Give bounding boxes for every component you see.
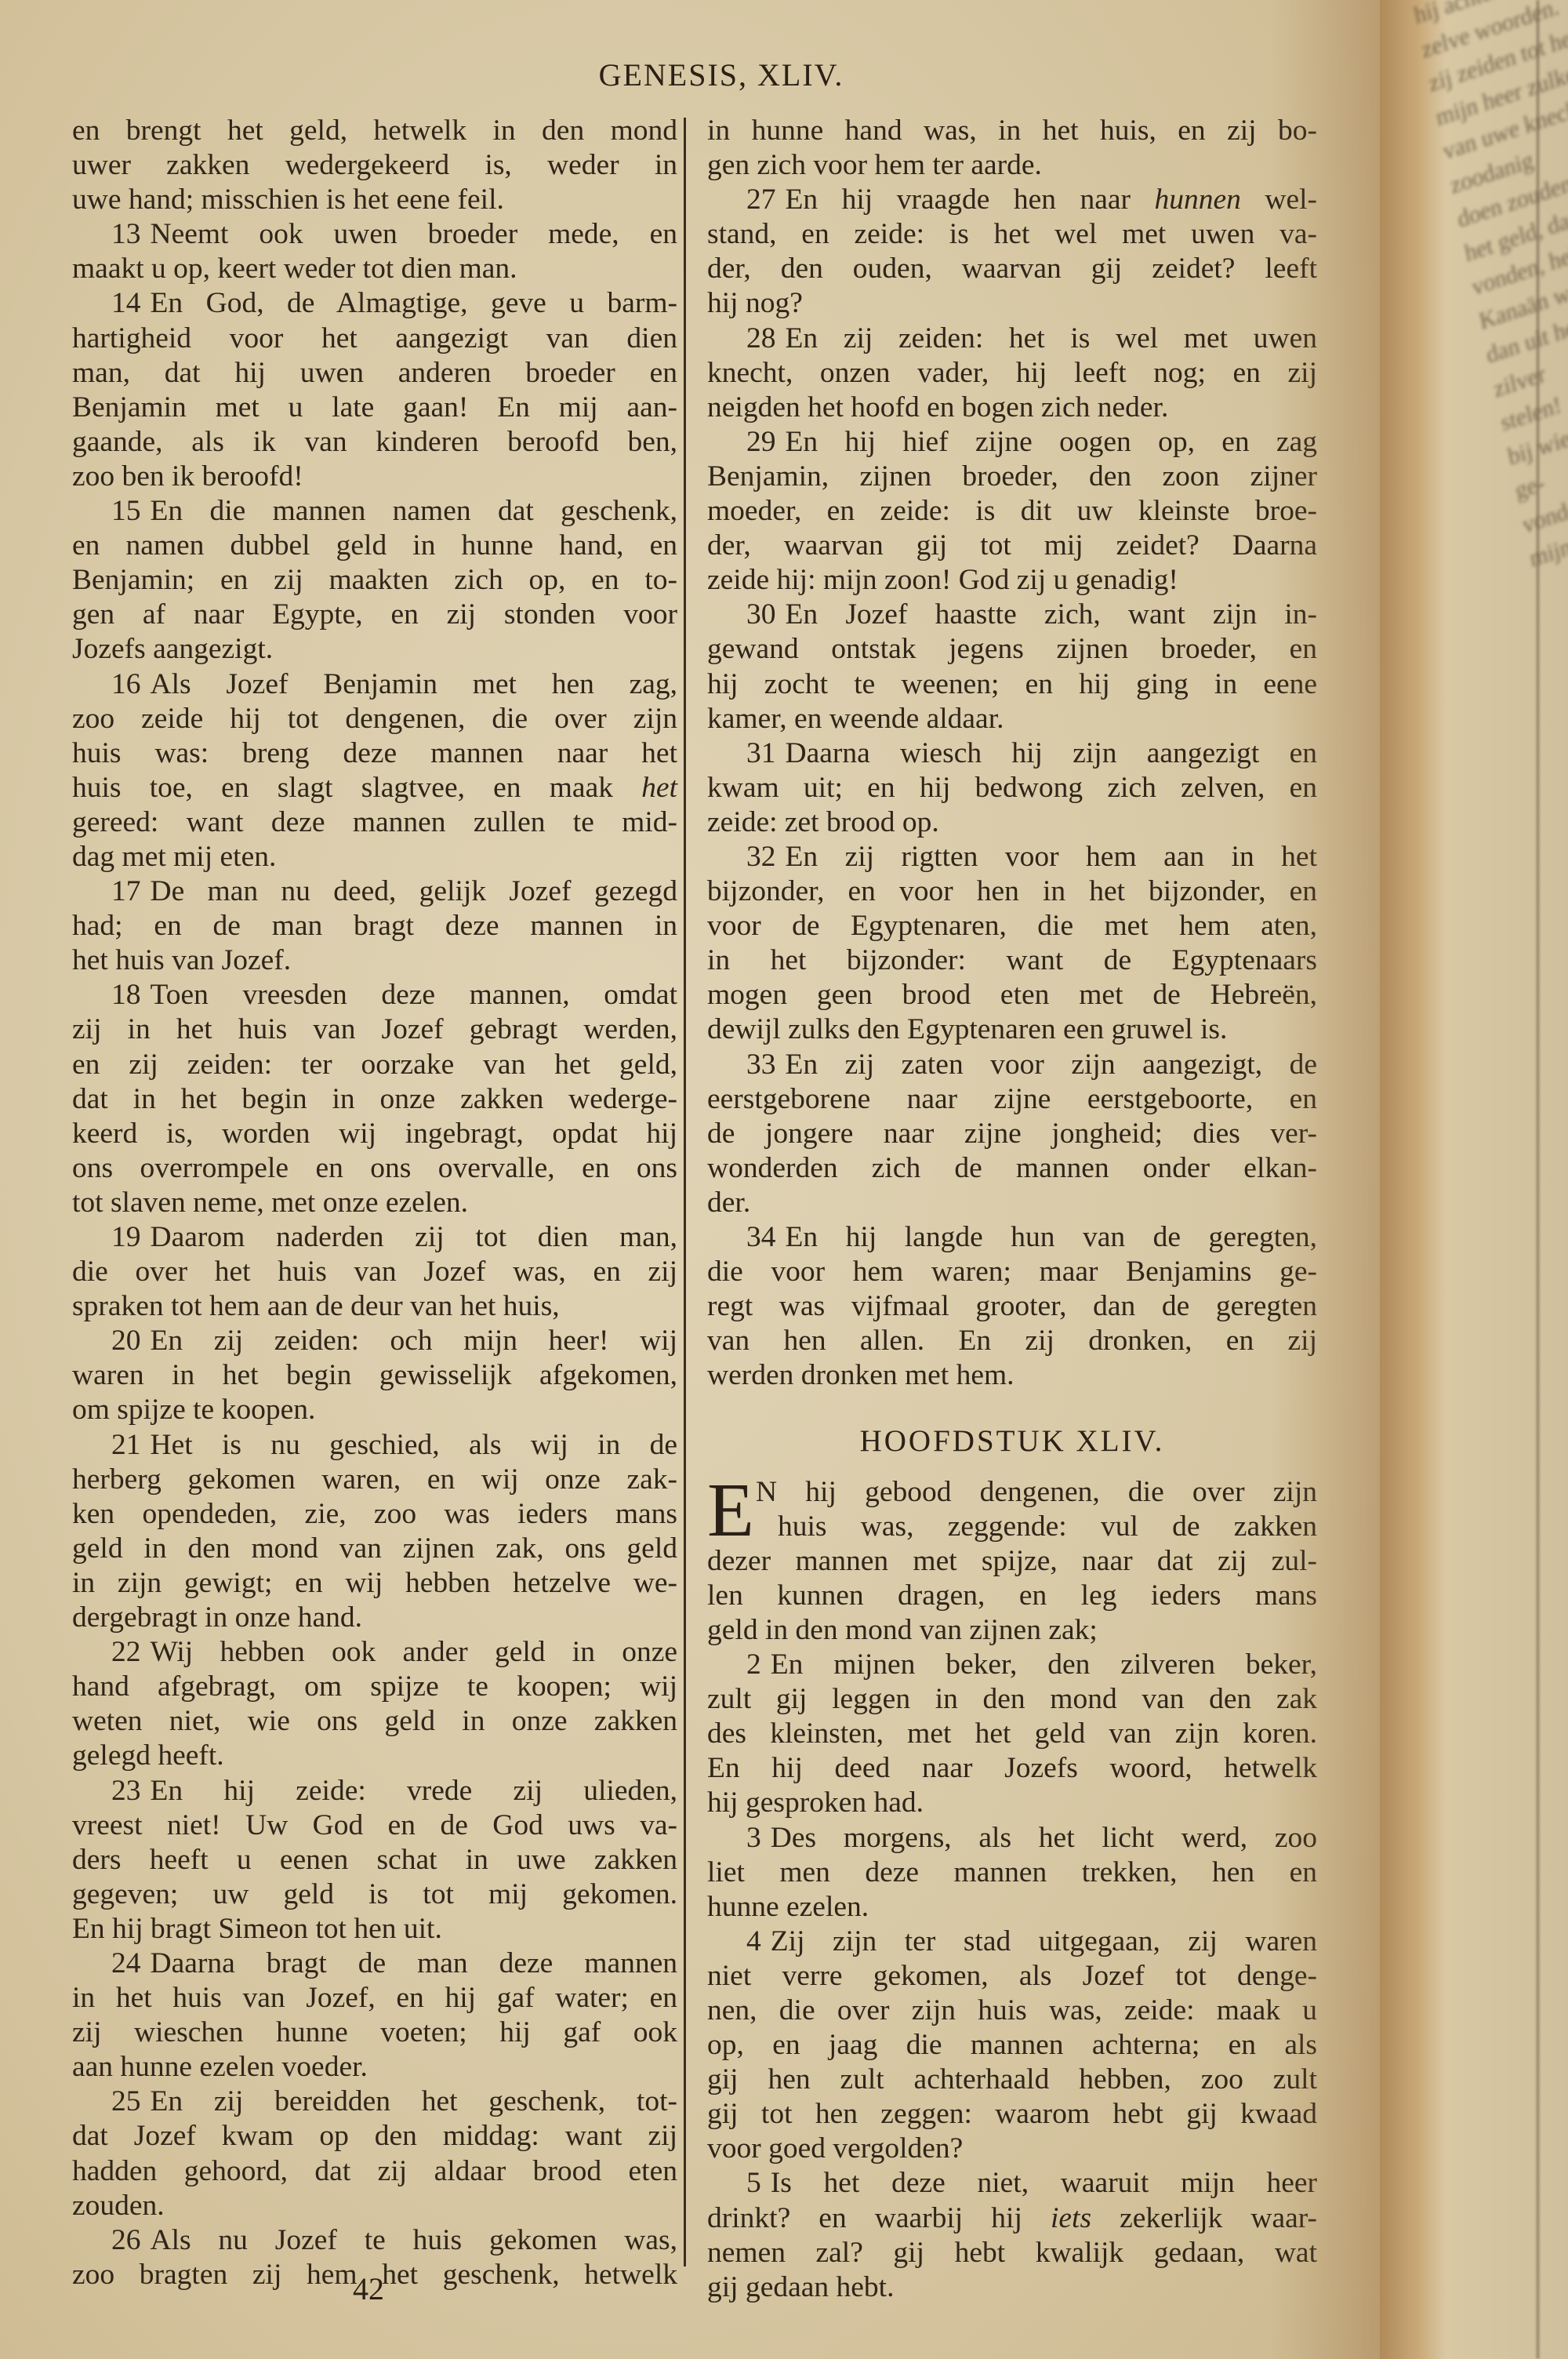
- verse-line-start: 15En die mannen namen dat geschenk,: [72, 494, 677, 529]
- text-line: zij in het huis van Jozef gebragt werden…: [72, 1012, 677, 1047]
- text-line: werden dronken met hem.: [707, 1358, 1317, 1393]
- adjacent-page-text-blurred: hij achterhaalde hen,zelve woorden.zij z…: [1411, 0, 1568, 577]
- text-line: zouden.: [72, 2189, 677, 2223]
- text-line: man, dat hij uwen anderen broeder en: [72, 356, 677, 391]
- text-line: wonderden zich de mannen onder elkan-: [707, 1151, 1317, 1186]
- verse-number: 29: [746, 426, 776, 458]
- adjacent-page-divider: [1537, 0, 1539, 2359]
- text-line: op, en jaag die mannen achterna; en als: [707, 2028, 1317, 2063]
- verse-line-start: 20En zij zeiden: och mijn heer! wij: [72, 1324, 677, 1358]
- text-line: zeide hij: mijn zoon! God zij u genadig!: [707, 563, 1317, 598]
- text-line: moeder, en zeide: is dit uw kleinste bro…: [707, 494, 1317, 529]
- verse-number: 24: [111, 1947, 141, 1979]
- text-line: ken opendeden, zie, zoo was ieders mans: [72, 1497, 677, 1532]
- right-column-verses-ch44: dezer mannen met spijze, naar dat zij zu…: [707, 1544, 1317, 2305]
- page-number: 42: [337, 2270, 400, 2307]
- text-line: Benjamin, zijnen broeder, den zoon zijne…: [707, 460, 1317, 494]
- italic-word: hunnen: [1154, 184, 1240, 216]
- text-line: keerd is, worden wij ingebragt, opdat hi…: [72, 1117, 677, 1151]
- text-line: hij nog?: [707, 286, 1317, 321]
- text-line: tot slaven neme, met onze ezelen.: [72, 1186, 677, 1220]
- text-line: had; en de man bragt deze mannen in: [72, 909, 677, 943]
- text-line: liet men deze mannen trekken, hen en: [707, 1856, 1317, 1890]
- text-line: geld in den mond van zijnen zak;: [707, 1613, 1317, 1648]
- text-line: hij zocht te weenen; en hij ging in eene: [707, 667, 1317, 702]
- verse-line-start: 32En zij rigtten voor hem aan in het: [707, 840, 1317, 874]
- verse-line-start: 3Des morgens, als het licht werd, zoo: [707, 1821, 1317, 1856]
- italic-word: iets: [1051, 2202, 1091, 2234]
- text-line: En hij bragt Simeon tot hen uit.: [72, 1912, 677, 1946]
- column-divider: [684, 118, 686, 2266]
- text-line: zij wieschen hunne voeten; hij gaf ook: [72, 2016, 677, 2050]
- text-line: dewijl zulks den Egyptenaren een gruwel …: [707, 1012, 1317, 1047]
- text-line: En hij deed naar Jozefs woord, hetwelk: [707, 1751, 1317, 1786]
- text-line: hartigheid voor het aangezigt van dien: [72, 322, 677, 356]
- verse-line-start: 23En hij zeide: vrede zij ulieden,: [72, 1774, 677, 1808]
- text-line: die voor hem waren; maar Benjamins ge-: [707, 1255, 1317, 1289]
- text-line: van hen allen. En zij dronken, en zij: [707, 1324, 1317, 1358]
- left-column: en brengt het geld, hetwelk in den mondu…: [72, 114, 677, 2292]
- verse-line-start: 4Zij zijn ter stad uitgegaan, zij waren: [707, 1925, 1317, 1959]
- text-line: regt was vijfmaal grooter, dan de geregt…: [707, 1289, 1317, 1324]
- text-line: maakt u op, keert weder tot dien man.: [72, 252, 677, 286]
- text-line: zeide: zet brood op.: [707, 805, 1317, 840]
- text-line: gereed: want deze mannen zullen te mid-: [72, 805, 677, 840]
- text-line: gegeven; uw geld is tot mij gekomen.: [72, 1877, 677, 1912]
- chapter-heading: HOOFDSTUK XLIV.: [707, 1424, 1317, 1459]
- book-page: GENESIS, XLIV. en brengt het geld, hetwe…: [0, 0, 1380, 2359]
- text-line: eerstgeborene naar zijne eerstgeboorte, …: [707, 1082, 1317, 1117]
- text-line: nen, die over zijn huis was, zeide: maak…: [707, 1994, 1317, 2028]
- verse-number: 18: [111, 979, 141, 1011]
- text-line: spraken tot hem aan de deur van het huis…: [72, 1289, 677, 1324]
- text-line: dat in het begin in onze zakken wederge-: [72, 1082, 677, 1117]
- verse-line-start: 24Daarna bragt de man deze mannen: [72, 1946, 677, 1981]
- text-line: hij gesproken had.: [707, 1786, 1317, 1820]
- verse-line-start: 31Daarna wiesch hij zijn aangezigt en: [707, 736, 1317, 771]
- text-line: uwe hand; misschien is het eene feil.: [72, 183, 677, 217]
- text-line: weten niet, wie ons geld in onze zakken: [72, 1704, 677, 1739]
- verse-line-start: 33En zij zaten voor zijn aangezigt, de: [707, 1048, 1317, 1082]
- verse-number: 30: [746, 598, 776, 631]
- text-line: gij gedaan hebt.: [707, 2270, 1317, 2305]
- text-line: herberg gekomen waren, en wij onze zak-: [72, 1463, 677, 1497]
- verse-number: 27: [746, 184, 776, 216]
- verse-line-start: 2En mijnen beker, den zilveren beker,: [707, 1648, 1317, 1682]
- text-line: ders heeft u eenen schat in uwe zakken: [72, 1843, 677, 1877]
- text-line: huis toe, en slagt slagtvee, en maak het: [72, 771, 677, 805]
- text-line: len kunnen dragen, en leg ieders mans: [707, 1579, 1317, 1613]
- right-column-verses-ch43: in hunne hand was, in het huis, en zij b…: [707, 114, 1317, 1393]
- text-line: Jozefs aangezigt.: [72, 632, 677, 667]
- verse-line-start: 29En hij hief zijne oogen op, en zag: [707, 425, 1317, 460]
- text-line: der, den ouden, waarvan gij zeidet? leef…: [707, 252, 1317, 286]
- text-line: vreest niet! Uw God en de God uws va-: [72, 1808, 677, 1843]
- verse-number: 33: [746, 1049, 776, 1081]
- text-line: en namen dubbel geld in hunne hand, en: [72, 529, 677, 563]
- text-line: gelegd heeft.: [72, 1739, 677, 1773]
- text-line: zult gij leggen in den mond van den zak: [707, 1682, 1317, 1717]
- dropcap-line: N hij gebood dengenen, die over zijn: [707, 1475, 1317, 1510]
- text-line: gij tot hen zeggen: waarom hebt gij kwaa…: [707, 2097, 1317, 2132]
- text-line: zoo ben ik beroofd!: [72, 460, 677, 494]
- verse-number: 34: [746, 1221, 776, 1253]
- running-head: GENESIS, XLIV.: [564, 56, 878, 93]
- text-line: hand afgebragt, om spijze te koopen; wij: [72, 1670, 677, 1704]
- verse-number: 26: [111, 2224, 141, 2256]
- verse-line-start: 22Wij hebben ook ander geld in onze: [72, 1635, 677, 1670]
- text-line: voor de Egyptenaren, die met hem aten,: [707, 909, 1317, 943]
- text-line: en zij zeiden: ter oorzake van het geld,: [72, 1048, 677, 1082]
- verse-line-start: 25En zij bereidden het geschenk, tot-: [72, 2085, 677, 2119]
- text-line: nemen zal? gij hebt kwalijk gedaan, wat: [707, 2236, 1317, 2270]
- verse-line-start: 5Is het deze niet, waaruit mijn heer: [707, 2166, 1317, 2201]
- verse-number: 4: [746, 1925, 761, 1957]
- verse-line-start: 21Het is nu geschied, als wij in de: [72, 1428, 677, 1463]
- text-line: de jongere naar zijne jongheid; dies ver…: [707, 1117, 1317, 1151]
- text-line: dezer mannen met spijze, naar dat zij zu…: [707, 1544, 1317, 1579]
- verse-number: 21: [111, 1429, 141, 1461]
- text-line: voor goed vergolden?: [707, 2132, 1317, 2166]
- text-line: in zijn gewigt; en wij hebben hetzelve w…: [72, 1566, 677, 1601]
- text-line: gaande, als ik van kinderen beroofd ben,: [72, 425, 677, 460]
- text-line: ons overrompele en ons overvalle, en ons: [72, 1151, 677, 1186]
- verse-number: 15: [111, 495, 141, 527]
- verse-line-start: 26Als nu Jozef te huis gekomen was,: [72, 2223, 677, 2258]
- verse-number: 22: [111, 1636, 141, 1668]
- text-line: des kleinsten, met het geld van zijn kor…: [707, 1717, 1317, 1751]
- verse-line-start: 18Toen vreesden deze mannen, omdat: [72, 978, 677, 1012]
- text-line: der.: [707, 1186, 1317, 1220]
- right-column: in hunne hand was, in het huis, en zij b…: [707, 114, 1317, 2305]
- text-line: hunne ezelen.: [707, 1890, 1317, 1925]
- verse-number: 20: [111, 1325, 141, 1357]
- text-line: neigden het hoofd en bogen zich neder.: [707, 391, 1317, 425]
- verse-line-start: 14En God, de Almagtige, geve u barm-: [72, 286, 677, 321]
- text-line: Benjamin; en zij maakten zich op, en to-: [72, 563, 677, 598]
- drop-cap: E: [707, 1477, 754, 1544]
- text-line: waren in het begin gewisselijk afgekomen…: [72, 1358, 677, 1393]
- verse-line-start: 17De man nu deed, gelijk Jozef gezegd: [72, 874, 677, 909]
- text-line: die over het huis van Jozef was, en zij: [72, 1255, 677, 1289]
- text-line: uwer zakken wedergekeerd is, weder in: [72, 148, 677, 183]
- text-line: mogen geen brood eten met de Hebreën,: [707, 978, 1317, 1012]
- verse-line-start: 16Als Jozef Benjamin met hen zag,: [72, 667, 677, 702]
- verse-number: 5: [746, 2167, 761, 2199]
- dropcap-line: huis was, zeggende: vul de zakken: [707, 1510, 1317, 1544]
- text-line: om spijze te koopen.: [72, 1393, 677, 1427]
- text-line: knecht, onzen vader, hij leeft nog; en z…: [707, 356, 1317, 391]
- verse-number: 3: [746, 1822, 761, 1854]
- verse-line-start: 19Daarom naderden zij tot dien man,: [72, 1220, 677, 1255]
- text-line: bijzonder, en voor hen in het bijzonder,…: [707, 874, 1317, 909]
- text-line: kamer, en weende aldaar.: [707, 702, 1317, 736]
- verse-line-start: 28En zij zeiden: het is wel met uwen: [707, 322, 1317, 356]
- text-line: gij hen zult achterhaald hebben, zoo zul…: [707, 2063, 1317, 2097]
- chapter-opening: E N hij gebood dengenen, die over zijn h…: [707, 1475, 1317, 1544]
- text-line: huis was: breng deze mannen naar het: [72, 736, 677, 771]
- text-line: niet verre gekomen, als Jozef tot denge-: [707, 1959, 1317, 1994]
- italic-word: het: [641, 772, 677, 804]
- text-line: in het bijzonder: want de Egyptenaars: [707, 943, 1317, 978]
- text-line: en brengt het geld, hetwelk in den mond: [72, 114, 677, 148]
- verse-line-start: 34En hij langde hun van de geregten,: [707, 1220, 1317, 1255]
- verse-number: 17: [111, 875, 141, 907]
- text-line: dag met mij eten.: [72, 840, 677, 874]
- verse-number: 25: [111, 2085, 141, 2117]
- text-line: zoo zeide hij tot dengenen, die over zij…: [72, 702, 677, 736]
- text-line: gen zich voor hem ter aarde.: [707, 148, 1317, 183]
- text-line: der, waarvan gij tot mij zeidet? Daarna: [707, 529, 1317, 563]
- text-line: Benjamin met u late gaan! En mij aan-: [72, 391, 677, 425]
- text-line: stand, en zeide: is het wel met uwen va-: [707, 217, 1317, 252]
- verse-number: 13: [111, 218, 141, 250]
- text-line: in hunne hand was, in het huis, en zij b…: [707, 114, 1317, 148]
- verse-number: 2: [746, 1648, 761, 1681]
- text-line: gen af naar Egypte, en zij stonden voor: [72, 598, 677, 632]
- text-line: dat Jozef kwam op den middag: want zij: [72, 2119, 677, 2154]
- adjacent-page-curled: hij achterhaalde hen,zelve woorden.zij z…: [1380, 0, 1568, 2359]
- text-line: dergebragt in onze hand.: [72, 1601, 677, 1635]
- text-line: drinkt? en waarbij hij iets zekerlijk wa…: [707, 2201, 1317, 2236]
- verse-number: 28: [746, 322, 776, 354]
- verse-number: 23: [111, 1775, 141, 1807]
- verse-number: 32: [746, 841, 776, 873]
- text-line: aan hunne ezelen voeder.: [72, 2050, 677, 2085]
- verse-line-start: 13Neemt ook uwen broeder mede, en: [72, 217, 677, 252]
- text-line: kwam uit; en hij bedwong zich zelven, en: [707, 771, 1317, 805]
- verse-line-start: 27En hij vraagde hen naar hunnen wel-: [707, 183, 1317, 217]
- text-line: het huis van Jozef.: [72, 943, 677, 978]
- verse-number: 31: [746, 737, 776, 769]
- verse-number: 14: [111, 287, 141, 319]
- verse-number: 16: [111, 668, 141, 700]
- text-line: geld in den mond van zijnen zak, ons gel…: [72, 1532, 677, 1566]
- text-line: in het huis van Jozef, en hij gaf water;…: [72, 1981, 677, 2016]
- verse-line-start: 30En Jozef haastte zich, want zijn in-: [707, 598, 1317, 632]
- text-line: gewand ontstak jegens zijnen broeder, en: [707, 632, 1317, 667]
- verse-number: 19: [111, 1221, 141, 1253]
- text-line: hadden gehoord, dat zij aldaar brood ete…: [72, 2154, 677, 2189]
